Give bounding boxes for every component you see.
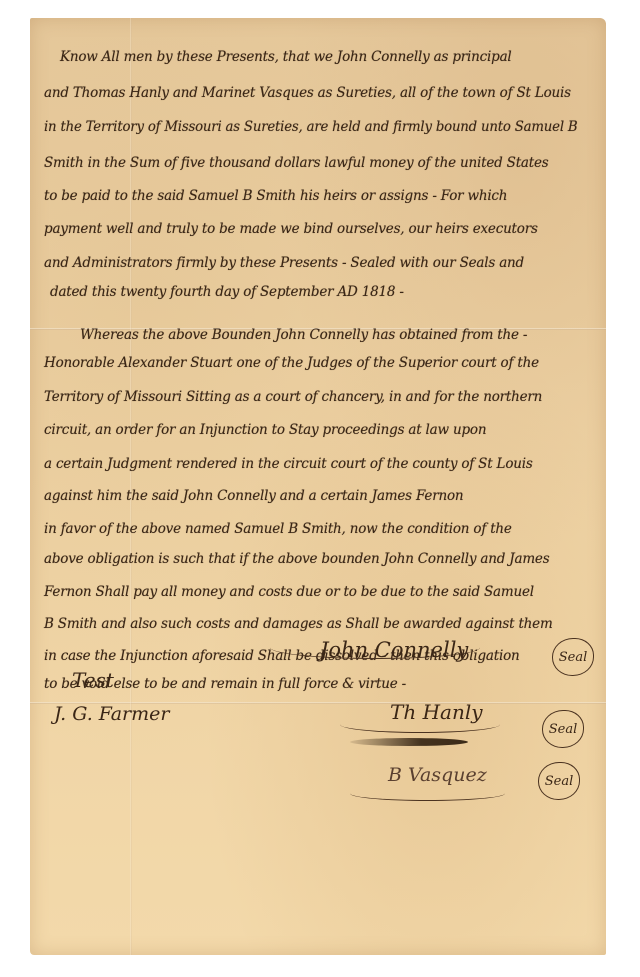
witness-signature: J. G. Farmer: [54, 703, 169, 725]
text-line: dated this twenty fourth day of Septembe…: [50, 284, 404, 300]
seal-mark: Seal: [542, 710, 584, 748]
text-line: above obligation is such that if the abo…: [44, 551, 549, 567]
text-line: and Administrators firmly by these Prese…: [44, 255, 524, 271]
seal-mark: Seal: [552, 638, 594, 676]
text-line: Know All men by these Presents, that we …: [60, 49, 512, 65]
signature-b-vasquez: B Vasquez: [388, 764, 487, 786]
text-line: payment well and truly to be made we bin…: [44, 221, 538, 237]
text-line: against him the said John Connelly and a…: [44, 488, 463, 504]
text-line: Smith in the Sum of five thousand dollar…: [44, 155, 549, 171]
text-line: Territory of Missouri Sitting as a court…: [44, 389, 542, 405]
text-line: in favor of the above named Samuel B Smi…: [44, 521, 512, 537]
signature-th-hanly: Th Hanly: [390, 700, 483, 724]
text-line: and Thomas Hanly and Marinet Vasques as …: [44, 85, 571, 101]
seal-mark: Seal: [538, 762, 580, 800]
text-line: a certain Judgment rendered in the circu…: [44, 456, 533, 472]
text-line: Honorable Alexander Stuart one of the Ju…: [44, 355, 539, 371]
text-line: to be paid to the said Samuel B Smith hi…: [44, 188, 507, 204]
witness-label: Test: [72, 668, 114, 692]
document-page: Know All men by these Presents, that we …: [30, 18, 606, 955]
signature-flourish: [350, 786, 505, 801]
text-line: circuit, an order for an Injunction to S…: [44, 422, 486, 438]
text-line: Whereas the above Bounden John Connelly …: [80, 327, 527, 343]
text-line: B Smith and also such costs and damages …: [44, 616, 553, 632]
text-line: in the Territory of Missouri as Sureties…: [44, 119, 578, 135]
signature-john-connelly: John Connelly: [320, 638, 468, 662]
ink-smear: [350, 738, 468, 746]
text-line: Fernon Shall pay all money and costs due…: [44, 584, 534, 600]
